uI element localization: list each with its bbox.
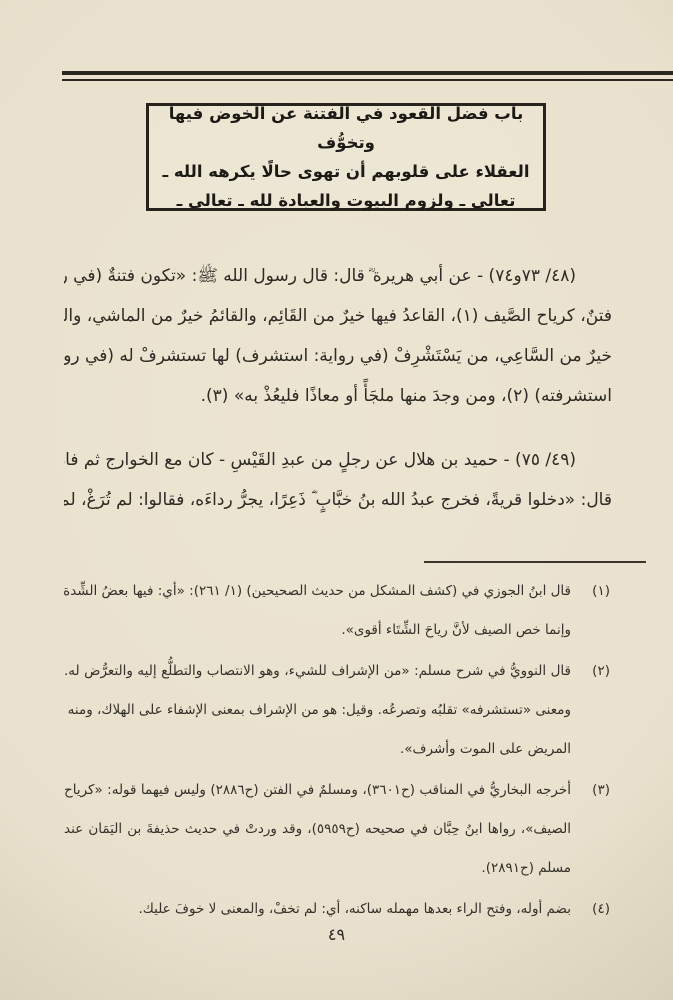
footnote-separator xyxy=(424,561,646,563)
footnotes-section: (١) قال ابنُ الجوزي في (كشف المشكل من حد… xyxy=(64,572,610,931)
footnote-line: الصيف»، رواها ابنُ حِبَّان في صحيحه (ح٥٩… xyxy=(64,810,571,849)
book-page: باب فضل القعود في الفتنة عن الخوض فيها و… xyxy=(0,0,673,1000)
body-line: (٤٩/ ٧٥) - حميد بن هلال عن رجلٍ من عبدِ … xyxy=(64,440,612,480)
footnote-item: (١) قال ابنُ الجوزي في (كشف المشكل من حد… xyxy=(64,572,610,650)
footnote-line: أخرجه البخاريُّ في المناقب (ح٣٦٠١)، ومسل… xyxy=(64,771,571,810)
footnote-number: (٣) xyxy=(580,771,610,888)
footnote-line: مسلم (ح٢٨٩١). xyxy=(64,849,571,888)
body-line: قال: «دخلوا قريةً، فخرج عبدُ الله بنُ خب… xyxy=(64,480,612,520)
hadith-paragraph: (٤٩/ ٧٥) - حميد بن هلال عن رجلٍ من عبدِ … xyxy=(64,440,612,520)
footnote-text: أخرجه البخاريُّ في المناقب (ح٣٦٠١)، ومسل… xyxy=(64,771,571,888)
footnote-item: (٣) أخرجه البخاريُّ في المناقب (ح٣٦٠١)، … xyxy=(64,771,610,888)
footnote-text: قال النوويُّ في شرح مسلم: «من الإشراف لل… xyxy=(64,652,571,769)
footnote-line: وإنما خص الصيف لأنَّ رياحَ الشِّتَاء أقو… xyxy=(64,611,571,650)
body-line: خيرٌ من السَّاعِي، من يَسْتَشْرِفْ (في ر… xyxy=(64,336,612,376)
footnote-number: (٢) xyxy=(580,652,610,769)
chapter-heading-line: العقلاء على قلوبهم أن تهوى حالًا يكرهه ا… xyxy=(159,157,533,186)
top-double-rule xyxy=(62,71,673,81)
body-line: (٤٨/ ٧٣و٧٤) - عن أبي هريرة ؓ قال: قال رس… xyxy=(64,256,612,296)
footnote-line: قال ابنُ الجوزي في (كشف المشكل من حديث ا… xyxy=(64,572,571,611)
footnote-line: ومعنى «تستشرفه» تقلبُه وتصرعُه. وقيل: هو… xyxy=(64,691,571,730)
chapter-heading-line: تعالى ـ ولزوم البيوت والعبادة لله ـ تعال… xyxy=(159,186,533,215)
footnote-line: قال النوويُّ في شرح مسلم: «من الإشراف لل… xyxy=(64,652,571,691)
chapter-heading-box: باب فضل القعود في الفتنة عن الخوض فيها و… xyxy=(146,103,546,211)
footnote-item: (٤) بضم أوله، وفتح الراء بعدها مهمله ساك… xyxy=(64,890,610,929)
hadith-paragraph: (٤٨/ ٧٣و٧٤) - عن أبي هريرة ؓ قال: قال رس… xyxy=(64,256,612,416)
footnote-item: (٢) قال النوويُّ في شرح مسلم: «من الإشرا… xyxy=(64,652,610,769)
body-line: فتنٌ، كرياح الصَّيف (١)، القاعدُ فيها خي… xyxy=(64,296,612,336)
footnote-number: (١) xyxy=(580,572,610,650)
footnote-number: (٤) xyxy=(580,890,610,929)
footnote-line: بضم أوله، وفتح الراء بعدها مهمله ساكنه، … xyxy=(64,890,571,929)
main-text: (٤٨/ ٧٣و٧٤) - عن أبي هريرة ؓ قال: قال رس… xyxy=(64,256,612,544)
footnote-text: بضم أوله، وفتح الراء بعدها مهمله ساكنه، … xyxy=(64,890,571,929)
footnote-line: المريض على الموت وأشرف». xyxy=(64,730,571,769)
chapter-heading-line: باب فضل القعود في الفتنة عن الخوض فيها و… xyxy=(159,99,533,157)
footnote-text: قال ابنُ الجوزي في (كشف المشكل من حديث ا… xyxy=(64,572,571,650)
page-number: ٤٩ xyxy=(0,925,673,944)
body-line: استشرفته) (٢)، ومن وجدَ منها ملجَأً أو م… xyxy=(64,376,612,416)
